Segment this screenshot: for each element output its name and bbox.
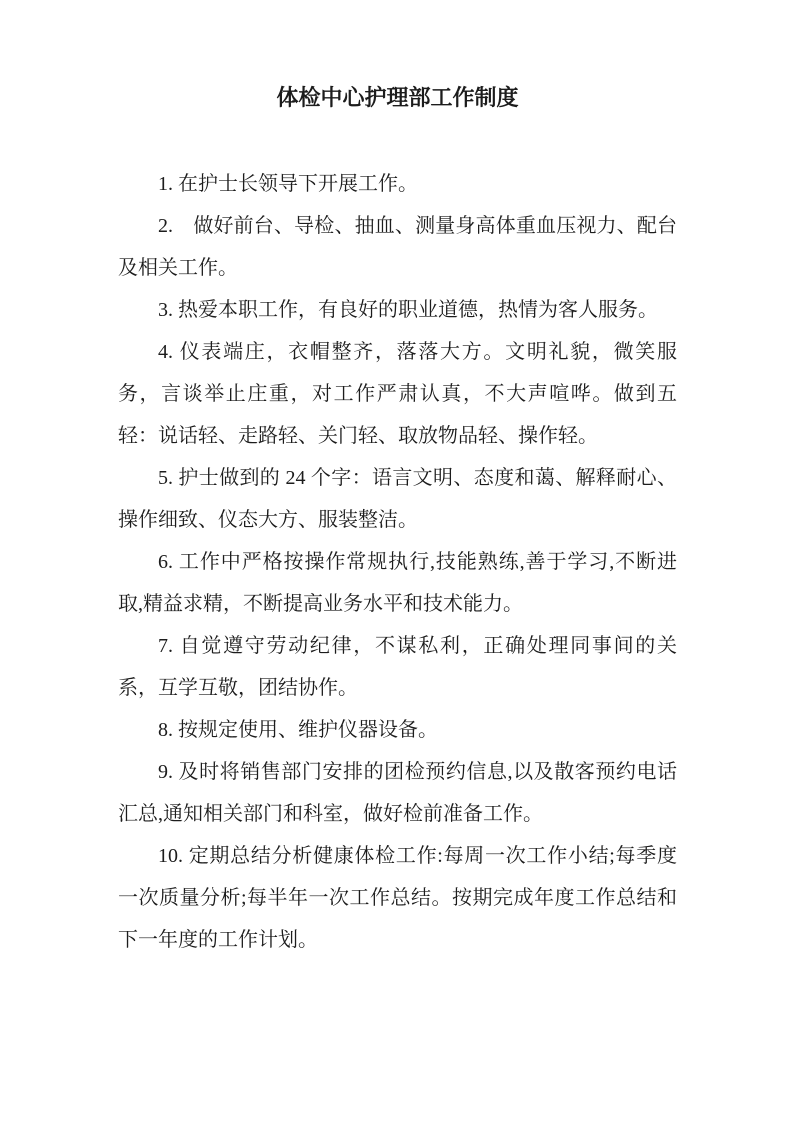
work-rule-item-7: 7. 自觉遵守劳动纪律，不谋私利，正确处理同事间的关系，互学互敬，团结协作。 xyxy=(118,625,677,709)
work-rule-item-5: 5. 护士做到的 24 个字：语言文明、态度和蔼、解释耐心、操作细致、仪态大方、… xyxy=(118,457,677,541)
document-title: 体检中心护理部工作制度 xyxy=(118,76,677,120)
work-rule-item-2: 2. 做好前台、导检、抽血、测量身高体重血压视力、配台及相关工作。 xyxy=(118,205,677,289)
work-rule-item-6: 6. 工作中严格按操作常规执行,技能熟练,善于学习,不断进取,精益求精，不断提高… xyxy=(118,541,677,625)
work-rule-item-1: 1. 在护士长领导下开展工作。 xyxy=(118,163,677,205)
document-page: 体检中心护理部工作制度 1. 在护士长领导下开展工作。 2. 做好前台、导检、抽… xyxy=(0,0,793,1122)
work-rule-item-9: 9. 及时将销售部门安排的团检预约信息,以及散客预约电话汇总,通知相关部门和科室… xyxy=(118,751,677,835)
work-rule-item-8: 8. 按规定使用、维护仪器设备。 xyxy=(118,709,677,751)
work-rule-item-3: 3. 热爱本职工作，有良好的职业道德，热情为客人服务。 xyxy=(118,289,677,331)
work-rule-item-4: 4. 仪表端庄，衣帽整齐，落落大方。文明礼貌，微笑服务，言谈举止庄重，对工作严肃… xyxy=(118,331,677,457)
work-rule-item-10: 10. 定期总结分析健康体检工作:每周一次工作小结;每季度一次质量分析;每半年一… xyxy=(118,835,677,961)
